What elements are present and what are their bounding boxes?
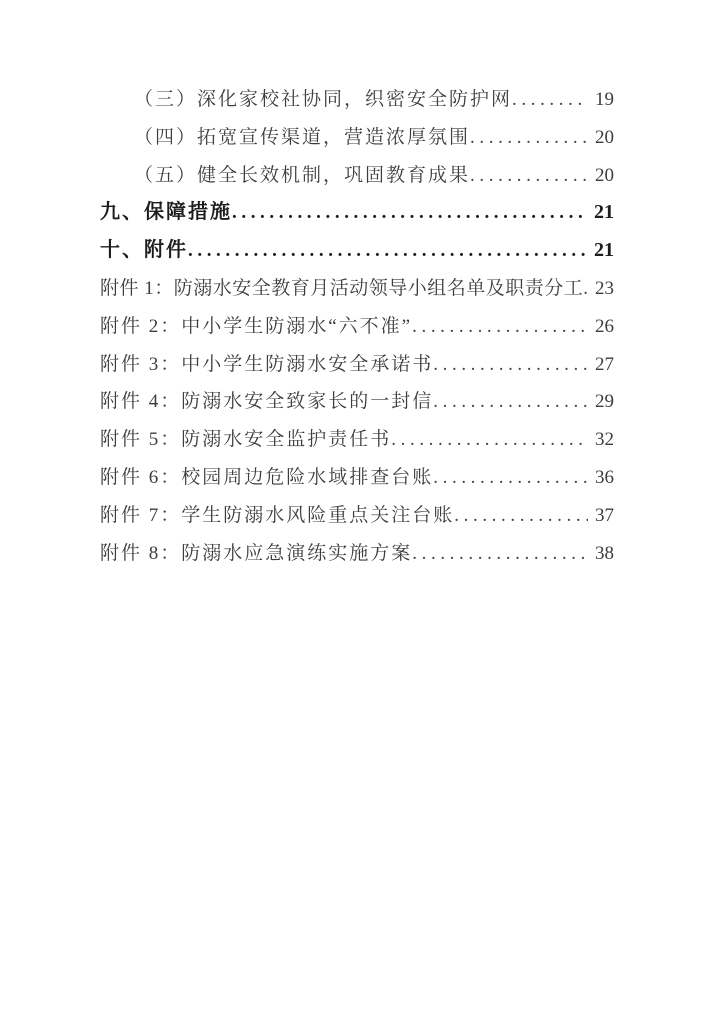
dot-leader <box>433 383 588 421</box>
dot-leader <box>470 157 588 195</box>
toc-entry-page: 32 <box>588 421 614 459</box>
toc-entry-page: 19 <box>588 81 614 119</box>
dot-leader <box>412 535 588 573</box>
toc-entry-title: （五）健全长效机制，巩固教育成果 <box>134 157 470 195</box>
toc-entry-section-5: （五）健全长效机制，巩固教育成果 20 <box>100 157 614 195</box>
toc-entry-page: 20 <box>588 157 614 195</box>
toc-entry-page: 29 <box>588 383 614 421</box>
toc-entry-page: 20 <box>588 119 614 157</box>
toc-entry-attachment-8: 附件 8：防溺水应急演练实施方案 38 <box>100 535 614 573</box>
dot-leader <box>188 232 587 270</box>
toc-entry-title: 附件 6：校园周边危险水域排查台账 <box>100 459 433 497</box>
dot-leader <box>433 346 588 384</box>
toc-entry-chapter-10: 十、附件 21 <box>100 232 614 270</box>
toc-entry-page: 27 <box>588 346 614 384</box>
toc-entry-section-4: （四）拓宽宣传渠道，营造浓厚氛围 20 <box>100 119 614 157</box>
toc-entry-title: （三）深化家校社协同，织密安全防护网 <box>134 81 512 119</box>
toc-entry-attachment-3: 附件 3：中小学生防溺水安全承诺书 27 <box>100 346 614 384</box>
toc-entry-attachment-2: 附件 2：中小学生防溺水“六不准” 26 <box>100 308 614 346</box>
toc-entry-title: 附件 7：学生防溺水风险重点关注台账 <box>100 497 454 535</box>
toc-entry-page: 37 <box>588 497 614 535</box>
toc-entry-chapter-9: 九、保障措施 21 <box>100 194 614 232</box>
toc-entry-title: 附件 1：防溺水安全教育月活动领导小组名单及职责分工 <box>100 270 583 308</box>
toc-entry-section-3: （三）深化家校社协同，织密安全防护网 19 <box>100 81 614 119</box>
toc-entry-attachment-6: 附件 6：校园周边危险水域排查台账 36 <box>100 459 614 497</box>
toc-entry-title: （四）拓宽宣传渠道，营造浓厚氛围 <box>134 119 470 157</box>
dot-leader <box>470 119 588 157</box>
toc-entry-title: 附件 4：防溺水安全致家长的一封信 <box>100 383 433 421</box>
toc-entry-page: 23 <box>588 270 614 308</box>
dot-leader <box>454 497 588 535</box>
document-page: （三）深化家校社协同，织密安全防护网 19 （四）拓宽宣传渠道，营造浓厚氛围 2… <box>0 0 724 1024</box>
toc-entry-title: 附件 3：中小学生防溺水安全承诺书 <box>100 346 433 384</box>
dot-leader <box>433 459 588 497</box>
toc-entry-page: 21 <box>587 194 614 232</box>
toc-entry-attachment-7: 附件 7：学生防溺水风险重点关注台账 37 <box>100 497 614 535</box>
toc-entry-attachment-1: 附件 1：防溺水安全教育月活动领导小组名单及职责分工 23 <box>100 270 614 308</box>
toc-entry-title: 十、附件 <box>100 232 188 270</box>
toc-entry-title: 附件 2：中小学生防溺水“六不准” <box>100 308 412 346</box>
toc-entry-page: 26 <box>588 308 614 346</box>
toc-entry-page: 21 <box>587 232 614 270</box>
toc-entry-title: 附件 5：防溺水安全监护责任书 <box>100 421 391 459</box>
toc-entry-title: 九、保障措施 <box>100 194 232 232</box>
toc-entry-attachment-5: 附件 5：防溺水安全监护责任书 32 <box>100 421 614 459</box>
toc-entry-page: 36 <box>588 459 614 497</box>
toc-entry-title: 附件 8：防溺水应急演练实施方案 <box>100 535 412 573</box>
toc-entry-page: 38 <box>588 535 614 573</box>
dot-leader <box>512 81 588 119</box>
dot-leader <box>412 308 588 346</box>
dot-leader <box>232 194 587 232</box>
table-of-contents: （三）深化家校社协同，织密安全防护网 19 （四）拓宽宣传渠道，营造浓厚氛围 2… <box>100 81 614 572</box>
dot-leader <box>391 421 588 459</box>
toc-entry-attachment-4: 附件 4：防溺水安全致家长的一封信 29 <box>100 383 614 421</box>
